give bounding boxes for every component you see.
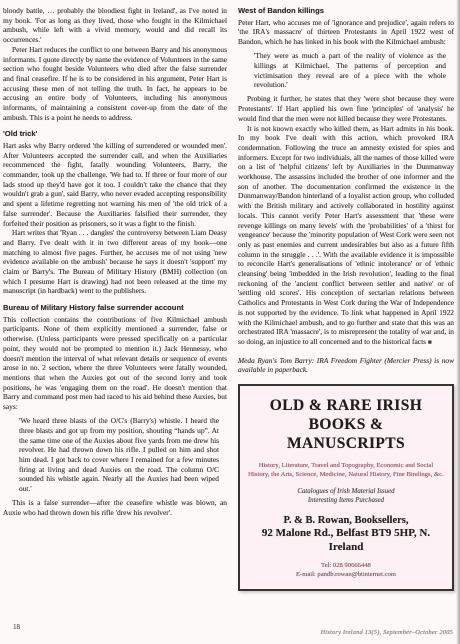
ad-phone: Tel: 028 90666448 bbox=[246, 562, 446, 571]
section-heading-bmh-false-surrender: Bureau of Military History false surrend… bbox=[3, 303, 227, 312]
ad-subject-list: History, Literature, Travel and Topograp… bbox=[248, 462, 444, 479]
ad-bookseller-name: P. & B. Rowan, Booksellers, bbox=[246, 515, 446, 528]
paragraph-text: It is not known exactly who killed them,… bbox=[238, 124, 454, 346]
blockquote-hennessy-testimony: 'We heard three blasts of the O/C's (Bar… bbox=[19, 416, 219, 494]
ad-contact-details: Tel: 028 90666448 E-mail: pandb.rowan@bt… bbox=[246, 562, 446, 579]
page-number: 18 bbox=[13, 623, 20, 631]
magazine-page: bloody battle, … probably the bloodiest … bbox=[0, 0, 460, 644]
blockquote-hart-quote: 'They were as much a part of the reality… bbox=[254, 51, 446, 90]
section-heading-west-of-bandon: West of Bandon killings bbox=[238, 6, 454, 15]
paragraph: Peter Hart, who accuses me of 'ignorance… bbox=[238, 18, 454, 47]
paragraph-continuation: bloody battle, … probably the bloodiest … bbox=[3, 6, 227, 45]
paragraph: This collection contains the contributio… bbox=[3, 315, 227, 412]
paragraph: Probing it further, he states that they … bbox=[238, 94, 454, 123]
ad-title: OLD & RARE IRISH BOOKS & MANUSCRIPTS bbox=[250, 396, 442, 453]
paragraph: It is not known exactly who killed them,… bbox=[238, 124, 454, 348]
ad-email: E-mail: pandb.rowan@btinternet.com bbox=[246, 571, 446, 580]
paragraph: Hart asks why Barry ordered 'the killing… bbox=[3, 141, 227, 228]
paragraph: Hart writes that 'Ryan . . . dangles' th… bbox=[3, 228, 227, 296]
ad-bookseller-address: 92 Malone Rd., Belfast BT9 5HP, N. Irela… bbox=[246, 527, 446, 554]
ad-catalogue-line-1: Catalogues of Irish Material Issued bbox=[246, 488, 446, 497]
paragraph: This is a false surrender—after the ceas… bbox=[3, 498, 227, 517]
end-of-article-marker: ■ bbox=[428, 339, 432, 346]
ad-catalogue-note: Catalogues of Irish Material Issued Inte… bbox=[246, 488, 446, 506]
section-heading-old-trick: 'Old trick' bbox=[3, 129, 227, 138]
ad-catalogue-line-2: Interesting Items Purchased bbox=[246, 497, 446, 506]
issue-footer: History Ireland 13(5), September–October… bbox=[321, 629, 453, 636]
paragraph: Peter Hart reduces the conflict to one b… bbox=[3, 45, 227, 123]
right-column: West of Bandon killings Peter Hart, who … bbox=[238, 6, 454, 591]
book-availability-note: Meda Ryan's Tom Barry: IRA Freedom Fight… bbox=[238, 356, 454, 375]
booksellers-advertisement: OLD & RARE IRISH BOOKS & MANUSCRIPTS His… bbox=[238, 384, 454, 590]
left-column: bloody battle, … probably the bloodiest … bbox=[3, 6, 227, 518]
scan-page-edge bbox=[456, 0, 460, 644]
